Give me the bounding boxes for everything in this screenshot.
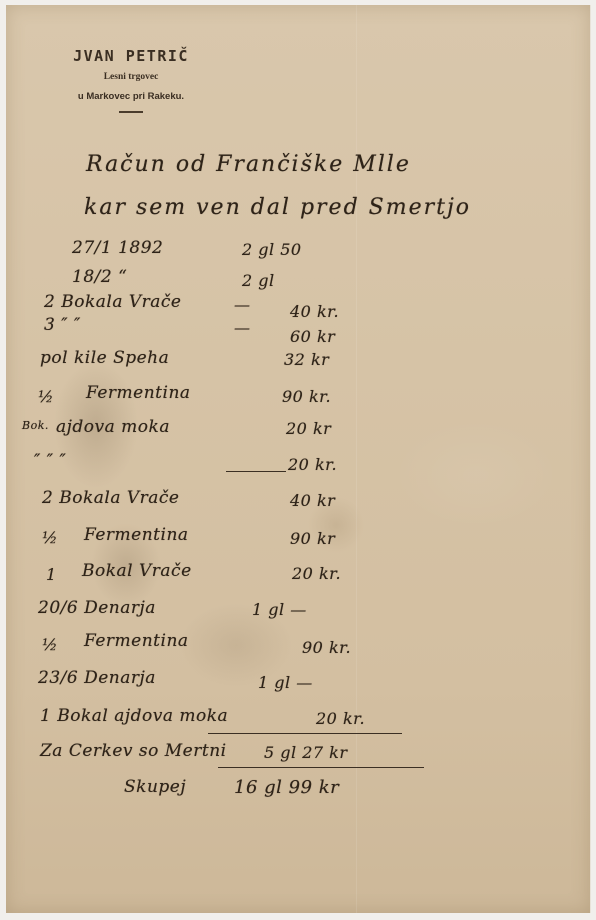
entry-amount: 20 kr. (316, 709, 365, 728)
entry-qty: Bok. (22, 419, 49, 432)
entry-amount: 90 kr. (302, 638, 351, 657)
entry-item: Fermentina (84, 525, 189, 545)
subtotal-label: Za Cerkev so Mertni (40, 741, 227, 761)
title-line-2: kar sem ven dal pred Smertjo (84, 195, 471, 220)
entry-amount: 20 kr (286, 419, 331, 438)
letterhead-trade: Lesni trgovec (11, 72, 251, 82)
title-line-1: Račun od Frančiške Mlle (86, 152, 411, 177)
entry-dash: — (234, 295, 251, 314)
entry-item: 1 Bokal ajdova moka (40, 706, 228, 726)
entry-qty: ½ (38, 387, 54, 406)
entry-amount: 90 kr. (282, 387, 331, 406)
entry-amount: 20 kr. (292, 564, 341, 583)
letterhead-place: u Markovec pri Rakeku. (11, 91, 251, 102)
entry-item: 3 ″ ″ (44, 315, 81, 335)
entry-amount: 40 kr (290, 491, 335, 510)
entry-item: 23/6 Denarja (38, 668, 156, 688)
entry-item: 18/2 “ (72, 267, 127, 287)
entry-qty: ½ (42, 635, 58, 654)
entry-amount: 60 kr (290, 327, 335, 346)
entry-amount: 1 gl — (258, 673, 313, 692)
letterhead-rule (119, 111, 143, 113)
entry-item: Fermentina (84, 631, 189, 651)
entry-amount: 20 kr. (288, 455, 337, 474)
sum-line (218, 767, 424, 768)
entry-item: Fermentina (86, 383, 191, 403)
entry-item: Bokal Vrače (82, 561, 192, 581)
entry-item: 27/1 1892 (72, 238, 163, 258)
entry-item: ″ ″ ″ (34, 451, 66, 471)
entry-item: 20/6 Denarja (38, 598, 156, 618)
entry-qty: 1 (46, 565, 57, 584)
letterhead-name: JVAN PETRIČ (11, 47, 251, 65)
entry-dash: — (234, 318, 251, 337)
entry-item: 2 Bokala Vrače (42, 488, 179, 508)
rule-line (208, 733, 402, 734)
total-label: Skupej (124, 777, 186, 797)
entry-amount: 1 gl — (252, 600, 307, 619)
total-amount: 16 gl 99 kr (234, 777, 339, 798)
entry-item: pol kile Speha (40, 348, 169, 368)
entry-amount: 32 kr (284, 350, 329, 369)
entry-item: 2 Bokala Vrače (44, 292, 181, 312)
dash-line (226, 471, 286, 472)
entry-item: ajdova moka (56, 417, 170, 437)
entry-qty: ½ (42, 528, 58, 547)
entry-amount: 40 kr. (290, 302, 339, 321)
paper-fold (356, 5, 357, 913)
subtotal-amount: 5 gl 27 kr (264, 743, 348, 762)
document-page: JVAN PETRIČ Lesni trgovec u Markovec pri… (6, 5, 591, 913)
entry-amount: 2 gl 50 (242, 240, 302, 259)
entry-amount: 90 kr (290, 529, 335, 548)
entry-amount: 2 gl (242, 271, 275, 290)
